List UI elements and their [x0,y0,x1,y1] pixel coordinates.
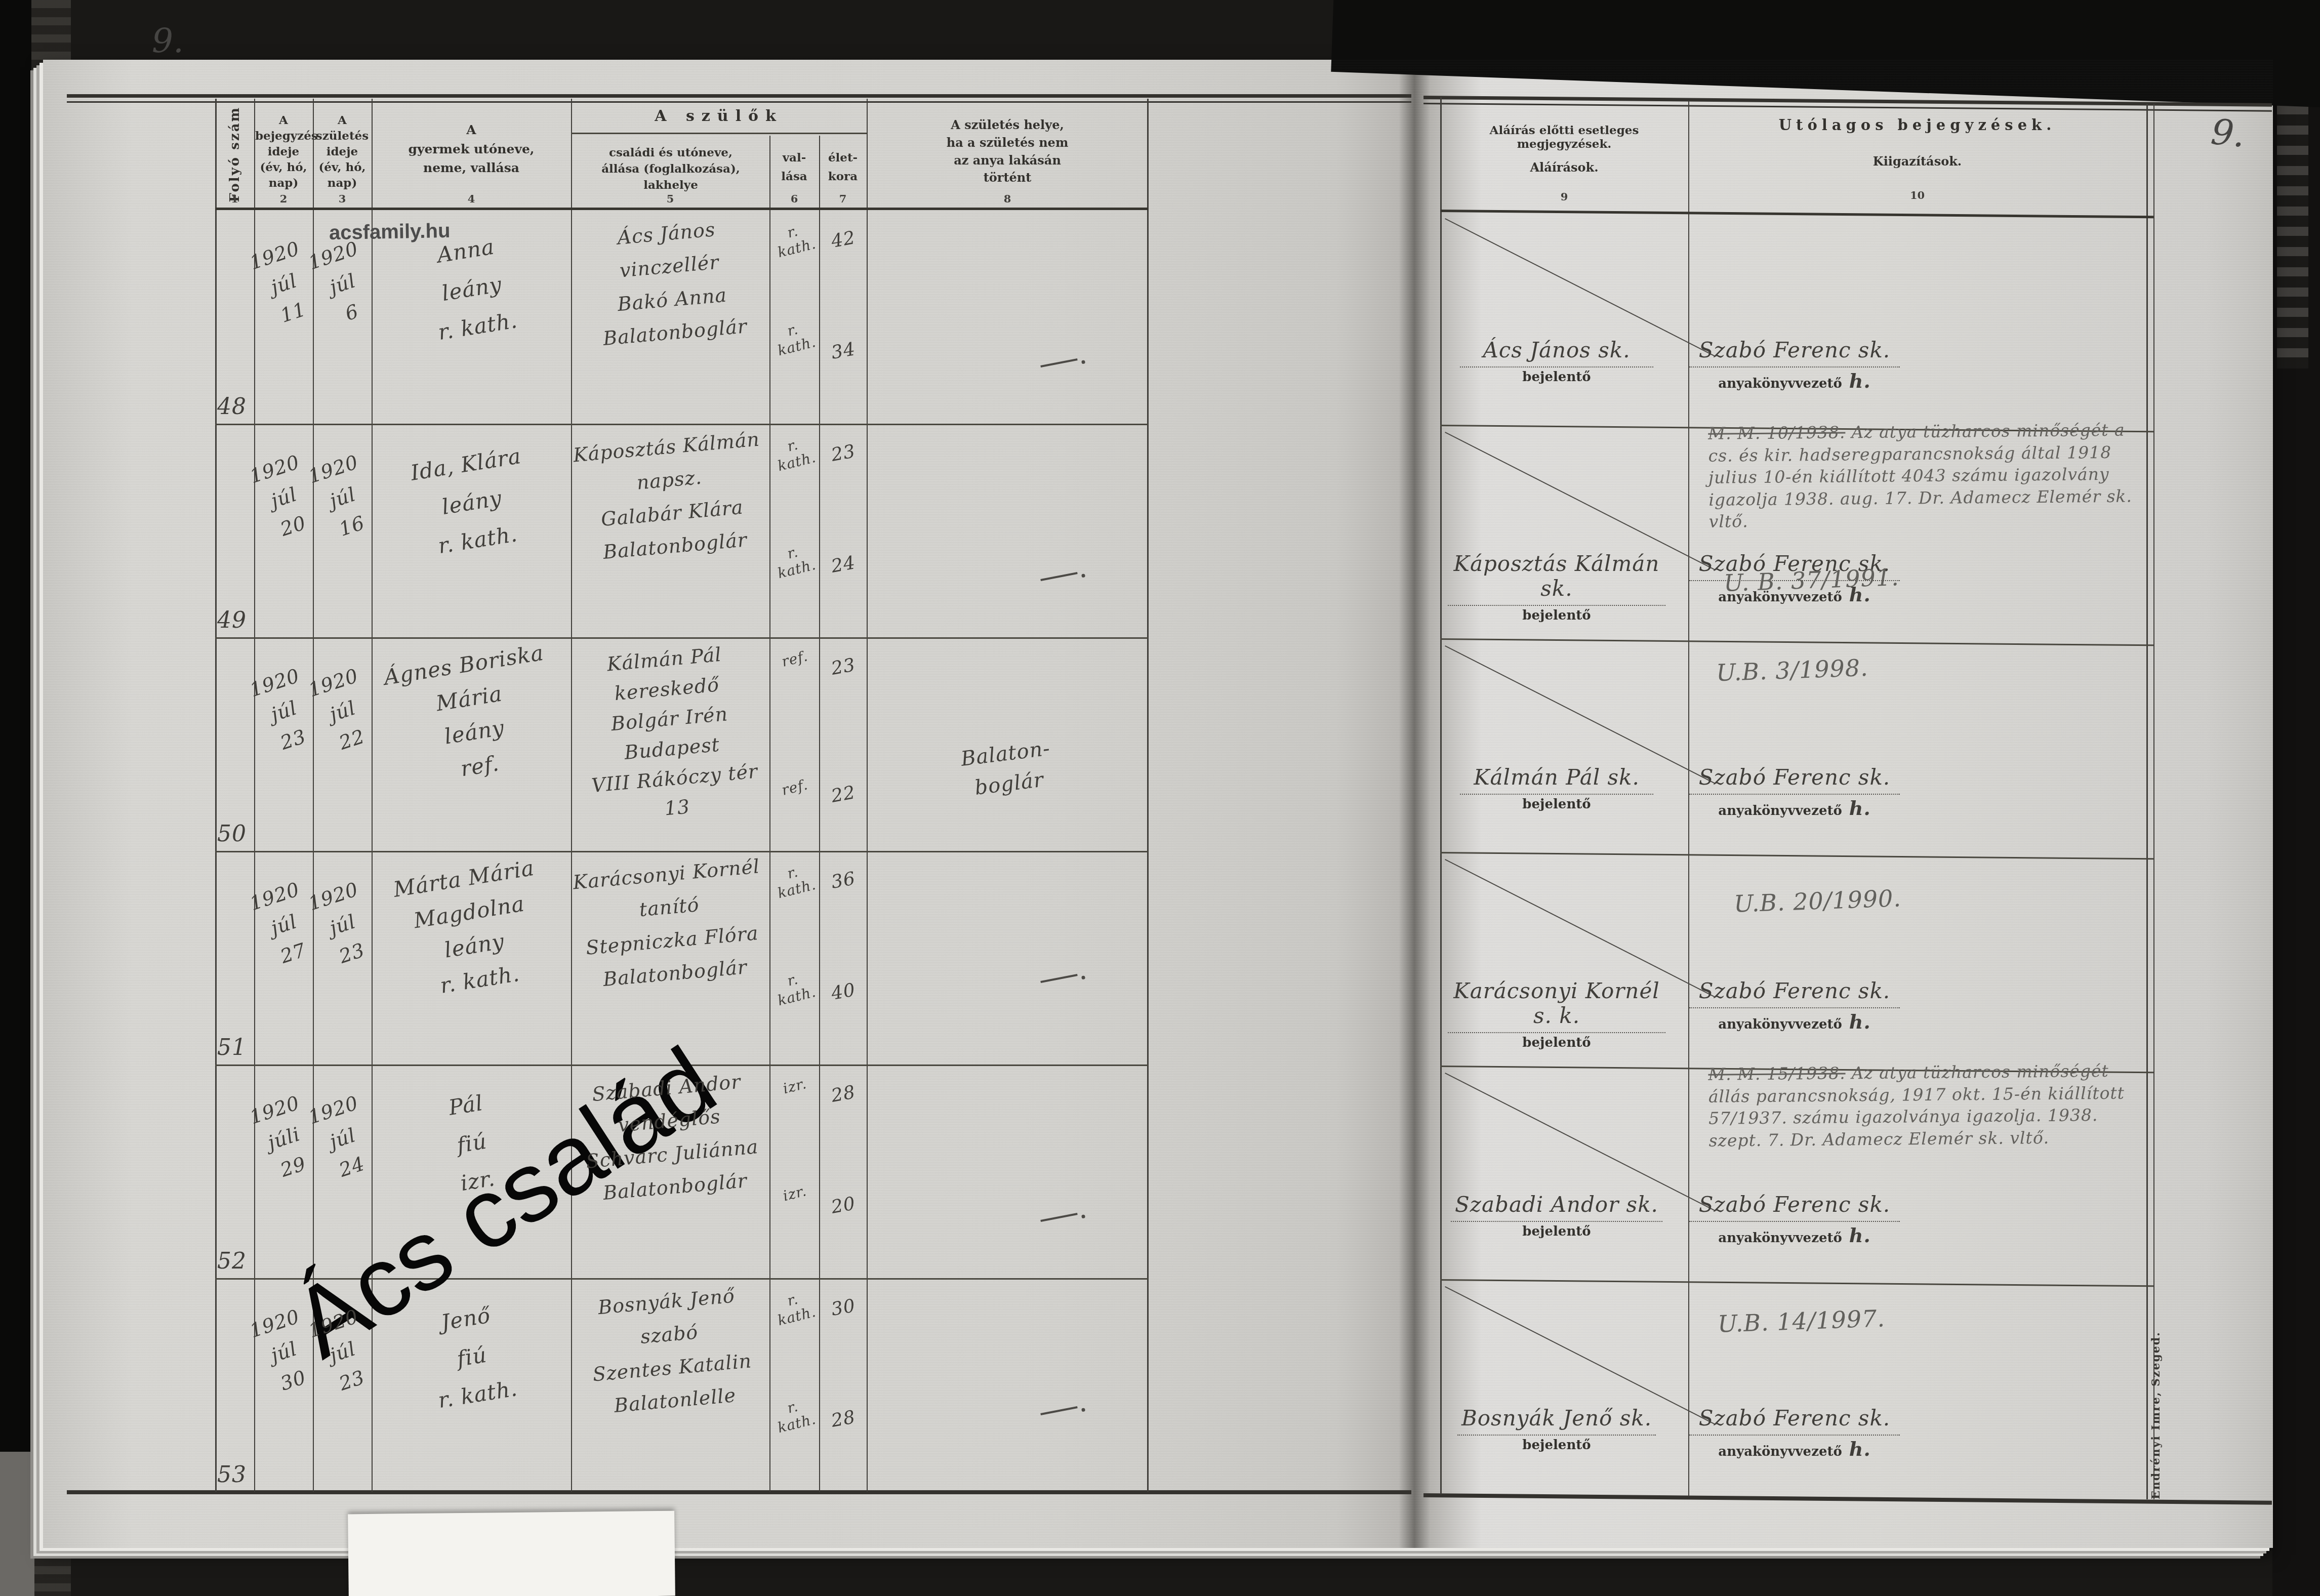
column-number: 8 [867,192,1148,205]
column-number: 2 [254,192,313,205]
registrar-signature-block: Szabó Ferenc sk. anyakönyvvezetőh. [1676,338,1914,392]
registrar-signature: Szabó Ferenc sk. [1689,1192,1900,1222]
column-header-entry-date: A bejegyzés ideje (év, hó, nap) [255,112,312,191]
signature-row-50: Kálmán Pál sk. bejelentő Szabó Ferenc sk… [1440,637,2146,851]
signature-row-48: Ács János sk. bejelentő Szabó Ferenc sk.… [1440,210,2146,424]
column-number: 10 [1688,189,2146,201]
birthplace [869,482,1146,516]
column-number: 6 [769,192,819,205]
reporter-signature: Káposztás Kálmán sk. [1448,551,1665,606]
column-header-religion: val- lása [770,149,818,186]
father-religion: r. kath. [767,859,822,903]
reporter-signature-block: Karácsonyi Kornél s. k. bejelentő [1448,978,1665,1050]
serial-number: 52 [217,1248,247,1274]
no-entry-dash [1040,358,1077,367]
registrar-label: anyakönyvvezető [1718,376,1842,391]
serial-number: 49 [217,607,247,633]
mother-age: 20 [819,1191,868,1219]
registrar-signature-block: Szabó Ferenc sk. anyakönyvvezetőh. [1676,1192,1914,1247]
registry-row-48: 48 1920 júl 11 1920 júl 6 Anna leány r. … [215,210,1148,424]
ub-note: U.B. 20/1990. [1733,884,1902,918]
column-header-serial: Folyó szám [216,102,254,206]
signature-row-53: Bosnyák Jenő sk. bejelentő Szabó Ferenc … [1440,1278,2146,1492]
mother-religion: ref. [769,773,820,801]
strike-line [1445,432,1716,570]
column-header-signatures: Aláírások. [1445,160,1683,175]
child-name: Márta Mária Magdolna leány r. kath. [363,846,580,1011]
strike-line [1445,645,1716,784]
no-entry-dash [1040,572,1077,581]
parents-group-underline [571,133,867,134]
registry-row-51: 51 1920 júl 27 1920 júl 23 Márta Mária M… [215,851,1148,1065]
strike-line [1445,1073,1716,1211]
signature-row-49: Káposztás Kálmán sk. bejelentő Szabó Fer… [1440,424,2146,637]
reporter-signature: Karácsonyi Kornél s. k. [1448,978,1665,1033]
serial-number: 48 [217,394,247,420]
parents: Kálmán Pál kereskedő Bolgár Irén Budapes… [565,636,776,832]
birthplace [869,269,1146,303]
registrar-signature-block: Szabó Ferenc sk. anyakönyvvezetőh. [1676,765,1914,820]
no-entry-dash [1040,1213,1077,1222]
strike-line [1445,218,1716,357]
column-header-birthplace: A születés helye, ha a születés nem az a… [868,116,1147,187]
parents: Szabadi Andor vendéglős Schvarc Juliánna… [567,1063,774,1212]
father-age: 23 [819,652,868,681]
registrar-signature: Szabó Ferenc sk. [1689,765,1900,795]
column-header-corrections: Kiigazítások. [1693,154,2141,169]
father-age: 28 [819,1080,868,1108]
registrar-signature-block: Szabó Ferenc sk. anyakönyvvezetőh. [1676,978,1914,1033]
reporter-signature: Kálmán Pál sk. [1460,765,1653,795]
registrar-label: anyakönyvvezető [1718,803,1842,819]
column-number: 1 [215,192,254,205]
father-religion: r. kath. [767,1286,822,1330]
mother-religion: r. kath. [767,539,822,583]
no-entry-dash [1040,1406,1077,1415]
father-religion: r. kath. [767,218,822,262]
father-age: 23 [819,439,868,467]
column-group-header-parents: A szülők [572,107,866,125]
registrar-signature: Szabó Ferenc sk. [1689,338,1900,367]
reporter-label: bejelentő [1448,1224,1665,1239]
marginal-note: M. M. 10/1938.Az atya tüzharcos minőségé… [1708,419,2144,533]
table-surface-corner [0,1452,34,1596]
mother-age: 28 [819,1405,868,1433]
mother-religion: izr. [769,1179,820,1207]
registrar-label: anyakönyvvezető [1718,1444,1842,1459]
reporter-label: bejelentő [1448,608,1665,623]
father-age: 36 [819,866,868,894]
father-age: 30 [819,1293,868,1322]
serial-number: 53 [217,1462,247,1488]
column-header-age: élet- kora [820,149,866,186]
registrar-label: anyakönyvvezető [1718,1017,1842,1032]
book-cover-edge-left [0,0,31,1596]
column-header-subsequent-entries: Utólagos bejegyzések. [1693,116,2141,134]
column-header-parents: családi és utóneve, állása (foglalkozása… [572,145,769,194]
column-header-child: A gyermek utóneve, neme, vallása [373,120,570,178]
mother-religion: r. kath. [767,316,822,360]
father-religion: r. kath. [767,432,822,476]
registrar-suffix: h. [1849,1438,1871,1460]
registry-book-scan: 9. 9. Folyó szám A bejegyzés ideje (év, … [0,0,2320,1596]
registry-row-50: 50 1920 júl 23 1920 júl 22 Ágnes Boriska… [215,637,1148,851]
parents: Karácsonyi Kornél tanító Stepniczka Flór… [567,850,774,999]
reporter-signature-block: Ács János sk. bejelentő [1448,338,1665,385]
child-name: Ágnes Boriska Mária leány ref. [363,633,580,798]
father-religion: ref. [769,645,820,673]
father-religion: izr. [769,1072,820,1100]
grid-line [2153,104,2154,1499]
mother-age: 24 [819,550,868,579]
mother-age: 22 [819,780,868,808]
reporter-signature-block: Káposztás Kálmán sk. bejelentő [1448,551,1665,623]
birthplace [869,1123,1146,1157]
reporter-label: bejelentő [1448,1438,1665,1453]
registrar-signature: Szabó Ferenc sk. [1689,1406,1900,1436]
column-number: 9 [1440,190,1688,203]
reporter-signature: Bosnyák Jenő sk. [1457,1406,1656,1436]
strike-line [1445,1286,1716,1425]
registry-row-52: 52 1920 júli 29 1920 júl 24 Pál fiú izr.… [215,1065,1148,1278]
registrar-suffix: h. [1849,797,1871,820]
marginal-note: M. M. 15/1938.Az atya tüzharcos minőségé… [1708,1059,2144,1152]
top-rule-left-page-thin [67,101,1411,103]
column-header-birth-date: A születés ideje (év, hó, nap) [314,112,371,191]
ub-note: U.B. 14/1997. [1717,1304,1886,1338]
serial-number: 51 [217,1035,247,1060]
registry-row-53: 53 1920 júl 30 1920 júl 23 Jenő fiú r. k… [215,1278,1148,1492]
page-number-right: 9. [2209,111,2247,156]
father-age: 42 [819,225,868,254]
child-name: Anna leány r. kath. [365,217,579,361]
mother-religion: r. kath. [767,966,822,1010]
signature-row-51: Karácsonyi Kornél s. k. bejelentő Szabó … [1440,851,2146,1065]
registrar-label: anyakönyvvezető [1718,1231,1842,1246]
page-number-left: 9. [152,21,184,60]
registrar-suffix: h. [1849,1224,1871,1247]
birthplace [869,1337,1146,1371]
reporter-label: bejelentő [1448,1035,1665,1050]
column-number: 3 [313,192,372,205]
reporter-signature: Ács János sk. [1460,338,1653,367]
child-name: Jenő fiú r. kath. [365,1285,579,1429]
birthplace [869,910,1146,944]
column-number: 4 [372,192,571,205]
parents: Káposztás Kálmán napsz. Galabár Klára Ba… [567,423,774,571]
registry-row-49: 49 1920 júl 20 1920 júl 16 Ida, Klára le… [215,424,1148,637]
signature-row-52: Szabadi Andor sk. bejelentő Szabó Ferenc… [1440,1065,2146,1278]
reporter-label: bejelentő [1448,797,1665,812]
reporter-signature-block: Bosnyák Jenő sk. bejelentő [1448,1406,1665,1453]
column-number: 5 [571,192,769,205]
strike-line [1445,859,1716,998]
note-reference: M. M. 15/1938. [1708,1063,1845,1084]
registrar-signature-block: Szabó Ferenc sk. anyakönyvvezetőh. [1676,1406,1914,1460]
mother-age: 40 [819,977,868,1006]
reporter-signature: Szabadi Andor sk. [1451,1192,1662,1222]
column-header-remarks: Aláírás előtti esetleges megjegyzések. [1445,124,1683,151]
mother-age: 34 [819,337,868,365]
reporter-label: bejelentő [1448,370,1665,385]
grid-line [2146,104,2148,1499]
parents: Bosnyák Jenő szabó Szentes Katalin Balat… [567,1277,774,1426]
column-number: 7 [819,192,867,205]
registrar-suffix: h. [1849,1010,1871,1033]
book-spine-texture-right [2277,65,2308,369]
no-entry-dash [1040,974,1077,983]
printer-credit: Endrényi Imre, Szeged. [2149,1292,2163,1499]
child-name: Pál fiú izr. [365,1071,579,1215]
child-name: Ida, Klára leány r. kath. [365,430,579,575]
ub-note: U.B. 3/1998. [1716,654,1868,686]
reporter-signature-block: Szabadi Andor sk. bejelentő [1448,1192,1665,1239]
parents: Ács János vinczellér Bakó Anna Balatonbo… [567,209,774,358]
top-rule-left-page [67,94,1411,98]
birthplace: Balaton- boglár [866,722,1150,816]
mother-religion: r. kath. [767,1394,822,1438]
reporter-signature-block: Kálmán Pál sk. bejelentő [1448,765,1665,812]
note-reference: M. M. 10/1938. [1708,422,1845,443]
serial-number: 50 [217,821,247,847]
registrar-signature: Szabó Ferenc sk. [1689,978,1900,1008]
bottom-paper-label [348,1511,675,1596]
column-header-serial-text: Folyó szám [227,106,242,202]
registrar-suffix: h. [1849,370,1871,392]
